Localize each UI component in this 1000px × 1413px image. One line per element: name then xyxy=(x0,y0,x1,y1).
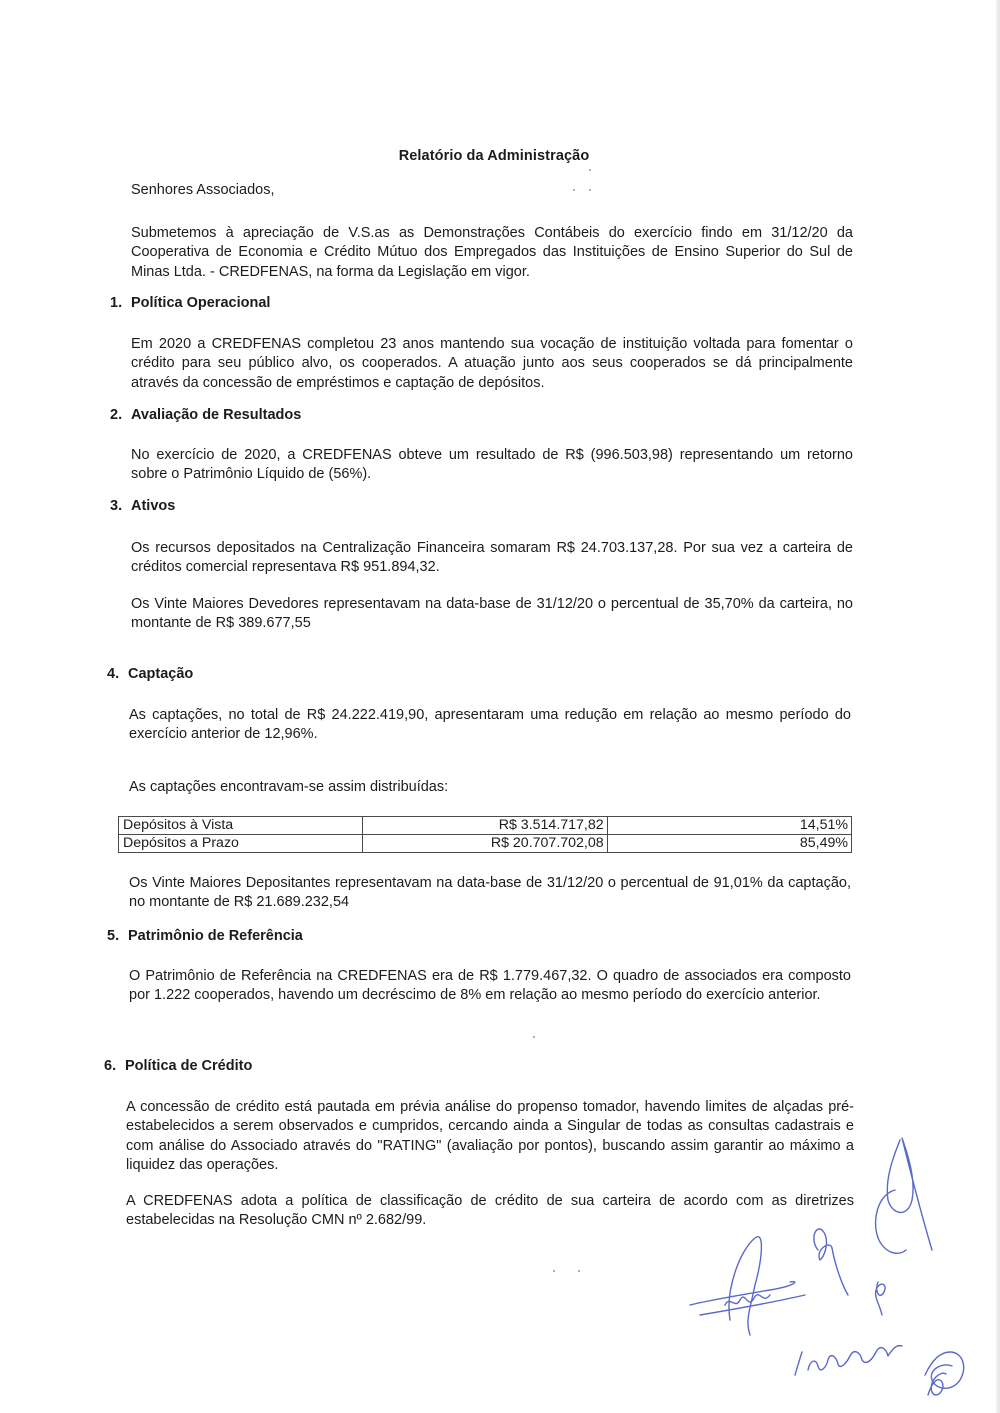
section-title: Patrimônio de Referência xyxy=(128,928,303,944)
captacao-table: Depósitos à Vista R$ 3.514.717,82 14,51%… xyxy=(118,816,852,853)
section-title: Captação xyxy=(128,666,193,682)
section-title: Política de Crédito xyxy=(125,1058,252,1074)
table-cell-amount: R$ 20.707.702,08 xyxy=(363,835,607,853)
intro-paragraph: Submetemos à apreciação de V.S.as as Dem… xyxy=(131,224,853,282)
scan-speck xyxy=(553,1270,555,1272)
section-3-paragraph-2: Os Vinte Maiores Devedores representavam… xyxy=(131,595,853,634)
scan-speck xyxy=(578,1270,580,1272)
section-number: 3. xyxy=(110,498,131,514)
salutation: Senhores Associados, xyxy=(131,182,274,198)
section-title: Ativos xyxy=(131,498,175,514)
section-title: Política Operacional xyxy=(131,295,270,311)
table-cell-label: Depósitos à Vista xyxy=(119,817,363,835)
section-number: 6. xyxy=(104,1058,125,1074)
section-heading-2: 2.Avaliação de Resultados xyxy=(110,407,301,423)
section-number: 4. xyxy=(107,666,128,682)
section-4-paragraph-2: As captações encontravam-se assim distri… xyxy=(129,778,851,797)
section-heading-1: 1.Política Operacional xyxy=(110,295,270,311)
section-4-paragraph-3: Os Vinte Maiores Depositantes representa… xyxy=(129,874,851,913)
table-cell-percent: 85,49% xyxy=(607,835,851,853)
section-heading-6: 6.Política de Crédito xyxy=(104,1058,252,1074)
section-1-paragraph: Em 2020 a CREDFENAS completou 23 anos ma… xyxy=(131,335,853,393)
table-cell-label: Depósitos a Prazo xyxy=(119,835,363,853)
section-2-paragraph: No exercício de 2020, a CREDFENAS obteve… xyxy=(131,446,853,485)
signatures-icon xyxy=(670,1120,1000,1410)
scan-speck xyxy=(533,1036,535,1038)
section-number: 1. xyxy=(110,295,131,311)
section-number: 2. xyxy=(110,407,131,423)
section-5-paragraph: O Patrimônio de Referência na CREDFENAS … xyxy=(129,967,851,1006)
section-3-paragraph-1: Os recursos depositados na Centralização… xyxy=(131,539,853,578)
section-4-paragraph-1: As captações, no total de R$ 24.222.419,… xyxy=(129,706,851,745)
document-title: Relatório da Administração xyxy=(0,148,988,164)
section-number: 5. xyxy=(107,928,128,944)
table-cell-amount: R$ 3.514.717,82 xyxy=(363,817,607,835)
table-row: Depósitos a Prazo R$ 20.707.702,08 85,49… xyxy=(119,835,852,853)
table-row: Depósitos à Vista R$ 3.514.717,82 14,51% xyxy=(119,817,852,835)
table-cell-percent: 14,51% xyxy=(607,817,851,835)
scan-speck xyxy=(573,189,575,191)
section-heading-4: 4.Captação xyxy=(107,666,193,682)
section-heading-5: 5.Patrimônio de Referência xyxy=(107,928,303,944)
section-title: Avaliação de Resultados xyxy=(131,407,301,423)
section-heading-3: 3.Ativos xyxy=(110,498,175,514)
scan-speck xyxy=(589,189,591,191)
scan-speck xyxy=(589,169,591,171)
